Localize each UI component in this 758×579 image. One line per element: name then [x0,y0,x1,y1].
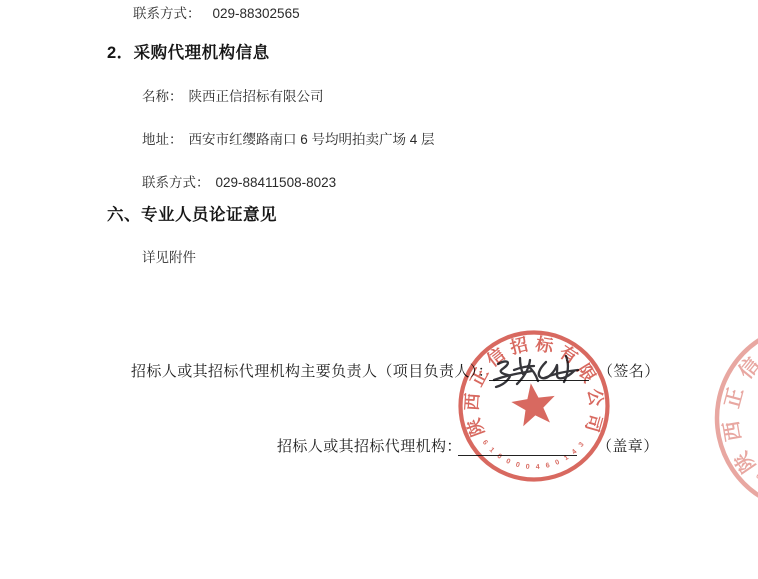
handwritten-signature [488,350,598,392]
agency-contact-line: 联系方式： 029-88411508-8023 [142,175,336,192]
section6-body: 详见附件 [142,250,196,267]
edge-partial-seal: 陕西正信招标有限公司 610000460143 [700,308,758,528]
agency1-contact-label: 联系方式： [133,6,201,23]
agency-contact-label: 联系方式： [142,175,210,192]
stamp-line-label: 招标人或其招标代理机构： [277,438,462,457]
section6-heading: 六、专业人员论证意见 [107,205,277,226]
agency-contact-value: 029-88411508-8023 [216,175,337,192]
section2-heading: 2．采购代理机构信息 [107,43,270,64]
agency-name-line: 名称： 陕西正信招标有限公司 [142,89,324,106]
document-page: 联系方式： 029-88302565 2．采购代理机构信息 名称： 陕西正信招标… [0,0,758,579]
agency-name-value: 陕西正信招标有限公司 [189,89,324,106]
company-seal: 陕西正信招标有限公司 610000460143 [439,311,629,501]
edge-seal-company-text: 陕西正信招标有限公司 [703,310,758,480]
agency-address-value: 西安市红缨路南口 6 号均明拍卖广场 4 层 [189,132,435,149]
agency1-contact-line: 联系方式： 029-88302565 [133,6,300,23]
agency-address-line: 地址： 西安市红缨路南口 6 号均明拍卖广场 4 层 [142,132,435,149]
seal-code-text: 610000460143 [481,439,586,471]
agency1-contact-value: 029-88302565 [213,6,300,23]
agency-name-label: 名称： [142,89,183,106]
edge-seal-ring [700,308,758,528]
agency-address-label: 地址： [142,132,183,149]
